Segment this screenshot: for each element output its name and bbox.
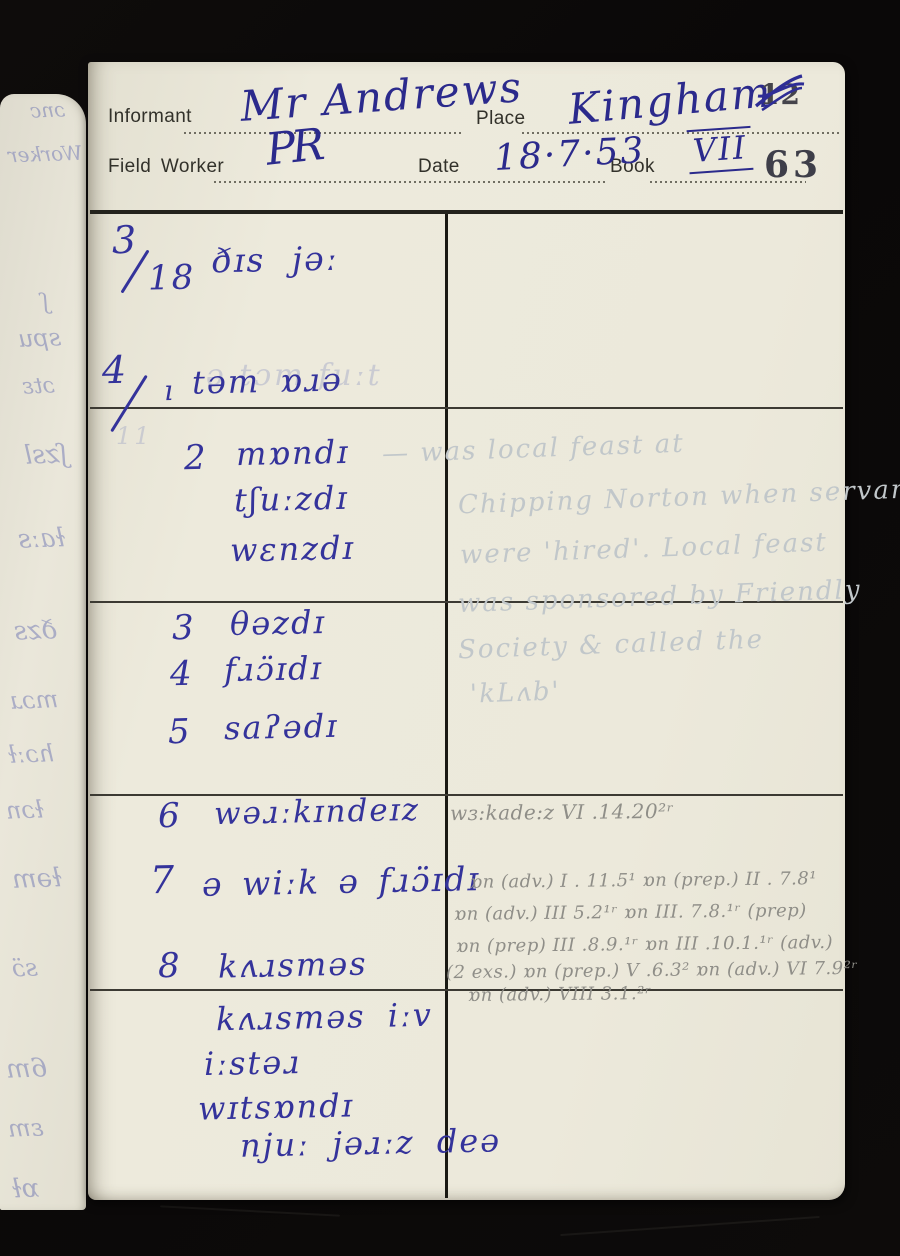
showthrough-fragment: ðzs	[13, 615, 57, 646]
item-number: 4	[170, 654, 194, 694]
facing-page-edge: ɔnc Worker ʃ spu ɔtɛ ʃzsl ɫaːs ðzs mɔɹ h…	[0, 94, 86, 1210]
scratch-mark	[560, 1216, 820, 1236]
showthrough-fragment: ɔtɛ	[22, 373, 56, 399]
pencil-annotation: ɒn (prep) III .8.9.¹ʳ ɒn III .10.1.¹ʳ (a…	[456, 932, 833, 957]
date-label: Date	[418, 156, 460, 178]
showthrough-fragment: hɔːɫ	[8, 739, 55, 769]
informant-rule-line	[184, 132, 462, 134]
informant-label: Informant	[108, 106, 192, 128]
scratch-mark	[160, 1205, 340, 1216]
question-number: 3	[112, 218, 139, 263]
showthrough-ghost-text: 11	[116, 422, 153, 450]
pencil-annotation: (2 exs.) ɒn (prep.) V .6.3² ɒn (adv.) VI…	[446, 958, 858, 983]
showthrough-fragment: 6m	[5, 1053, 47, 1084]
showthrough-fragment: ɫəm	[11, 863, 62, 895]
showthrough-fragment: ɒɫ	[11, 1174, 39, 1205]
pencil-note-line: were 'hired'. Local feast	[460, 528, 829, 571]
phonetic-entry: ðɪs jəː	[212, 239, 340, 281]
pencil-note-line: 'kLʌb'	[470, 676, 562, 709]
book-value: VII	[687, 126, 754, 174]
item-number: 2	[184, 438, 208, 478]
photograph-background: ɔnc Worker ʃ spu ɔtɛ ʃzsl ɫaːs ðzs mɔɹ h…	[0, 0, 900, 1256]
showthrough-fragment: sɔ̈	[12, 954, 39, 983]
field-worker-value: PR	[263, 119, 323, 175]
place-value: Kingham	[566, 67, 774, 134]
phonetic-entry: wɪtsɒndɪ	[198, 1086, 355, 1127]
showthrough-fragment: Worker	[8, 141, 83, 168]
phonetic-entry: wɛnzdɪ	[230, 529, 356, 570]
pencil-note-line: — was local feast at	[382, 429, 686, 470]
header-separator-rule	[90, 210, 843, 214]
item-number: 5	[168, 712, 192, 752]
date-value: 18·7·53	[493, 130, 646, 179]
item-number: 3	[172, 608, 196, 648]
row-rule-4	[90, 989, 843, 991]
field-worker-rule-line	[214, 181, 458, 183]
item-number: 7	[150, 858, 177, 903]
item-number: 18	[148, 258, 196, 299]
pencil-annotation: ɒn (adv.) VIII 3.1.²ʳ	[468, 983, 652, 1006]
showthrough-fragment: ɫɔn	[6, 795, 45, 824]
phonetic-entry: tʃuːzdɪ	[234, 479, 349, 519]
phonetic-entry: wəɹːkɪndeɪz	[214, 792, 421, 832]
field-worker-label: Field Worker	[108, 156, 224, 178]
item-number: ı	[164, 374, 176, 407]
showthrough-fragment: ʃzsl	[23, 439, 66, 470]
crossed-out-number: 12	[760, 78, 801, 111]
phonetic-entry: kʌɹsməs iːv	[216, 996, 434, 1039]
showthrough-fragment: ɔnc	[30, 97, 66, 122]
question-number: 4	[102, 348, 129, 393]
pencil-note-line: was sponsored by Friendly	[458, 575, 862, 619]
phonetic-entry: mɒndɪ	[236, 433, 350, 473]
phonetic-entry: saʔədɪ	[224, 707, 339, 747]
row-rule-1	[90, 407, 843, 409]
date-rule-line	[458, 181, 606, 183]
phonetic-entry: θəzdɪ	[230, 603, 327, 643]
pencil-annotation: ɒn (adv.) I . 11.5¹ ɒn (prep.) II . 7.8¹	[470, 868, 817, 893]
phonetic-entry: fɹɔ̈ɪdɪ	[224, 649, 324, 689]
pencil-annotation: ɒn (adv.) III 5.2¹ʳ ɒn III. 7.8.¹ʳ (prep…	[454, 900, 807, 925]
crossout-scribble-icon	[752, 70, 808, 116]
showthrough-fragment: ɫaːs	[17, 523, 66, 555]
page-number-stamp: 63	[764, 144, 822, 186]
showthrough-fragment: mɔɹ	[10, 685, 59, 715]
pencil-note-line: Society & called the	[458, 625, 765, 666]
item-number: 6	[158, 796, 182, 836]
phonetic-entry: təm ɒɹə	[192, 360, 344, 401]
phonetic-entry: kʌɹsməs	[218, 944, 368, 985]
pencil-note-line: Chipping Norton when servants	[458, 474, 900, 521]
phonetic-entry: ə wiːk ə fɹɔ̈ɪdɪ	[202, 859, 481, 904]
item-number: 8	[158, 946, 182, 986]
phonetic-entry: njuː jəɹːz deə	[240, 1121, 502, 1164]
showthrough-fragment: ʃ	[42, 290, 49, 315]
showthrough-fragment: ɛm	[8, 1113, 45, 1142]
showthrough-fragment: spu	[18, 323, 62, 352]
row-rule-3	[90, 794, 843, 796]
phonetic-entry: iːstəɹ	[204, 1043, 302, 1083]
notebook-page: Informant Place Field Worker Date Book M…	[88, 62, 845, 1200]
pencil-annotation: wɜ:kade:z VI .14.20²ʳ	[450, 799, 674, 825]
column-divider	[445, 214, 448, 1198]
